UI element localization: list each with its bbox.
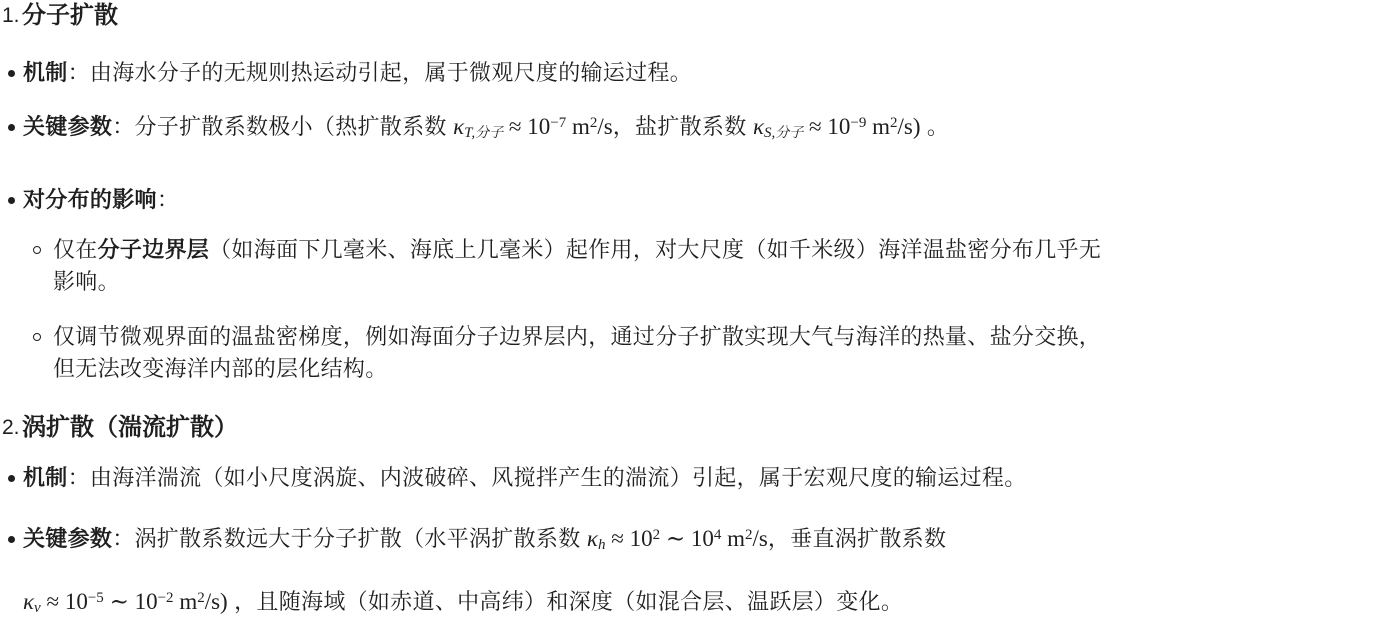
- math-token: m: [866, 114, 890, 139]
- math-token: ∼: [660, 526, 691, 551]
- text-line: 关键参数：分子扩散系数极小（热扩散系数 κT,分子 ≈ 10−7 m2/s，盐扩…: [23, 108, 949, 150]
- text-run: 仅调节微观界面的温盐密梯度，例如海面分子边界层内，通过分子扩散实现大气与海洋的热…: [53, 324, 1101, 349]
- math-token: S,: [764, 125, 775, 141]
- math-token: 10: [135, 589, 158, 614]
- math-token: −9: [850, 115, 866, 131]
- math-token: −2: [158, 590, 174, 606]
- math-token: κ: [453, 114, 464, 139]
- text-run: ：: [157, 187, 179, 212]
- text-run: （如海面下几毫米、海底上几毫米）起作用，对大尺度（如千米级）海洋温盐密分布几乎无: [209, 237, 1101, 262]
- list-item: 对分布的影响：: [8, 184, 1384, 216]
- math-token: κ: [587, 526, 598, 551]
- math-token: m: [174, 589, 198, 614]
- math-token: ): [913, 114, 921, 139]
- bold-run: 分子边界层: [98, 237, 210, 262]
- bullet-icon: [8, 520, 23, 543]
- text-line: 仅在分子边界层（如海面下几毫米、海底上几毫米）起作用，对大尺度（如千米级）海洋温…: [53, 234, 1101, 266]
- math-token: −7: [550, 115, 566, 131]
- text-run: ，垂直涡扩散系数: [768, 526, 946, 551]
- bullet-icon: [8, 108, 23, 131]
- document-content: 1.分子扩散机制：由海水分子的无规则热运动引起，属于微观尺度的输运过程。关键参数…: [0, 0, 1384, 624]
- math-token: ≈: [605, 526, 629, 551]
- text-run: ：由海水分子的无规则热运动引起，属于微观尺度的输运过程。: [68, 60, 692, 85]
- math-token: /s: [597, 114, 612, 139]
- math-token: ∼: [104, 589, 135, 614]
- item-text: 关键参数：分子扩散系数极小（热扩散系数 κT,分子 ≈ 10−7 m2/s，盐扩…: [23, 108, 949, 150]
- item-text: 仅在分子边界层（如海面下几毫米、海底上几毫米）起作用，对大尺度（如千米级）海洋温…: [53, 234, 1101, 298]
- math-token: /s: [897, 114, 912, 139]
- text-line: 关键参数：涡扩散系数远大于分子扩散（水平涡扩散系数 κh ≈ 102 ∼ 104…: [23, 520, 946, 561]
- math-token: 2: [890, 115, 898, 131]
- text-line: 影响。: [53, 266, 1101, 298]
- bullet-icon: [8, 462, 23, 482]
- sub-list-item: 仅在分子边界层（如海面下几毫米、海底上几毫米）起作用，对大尺度（如千米级）海洋温…: [33, 234, 1384, 298]
- math-token: ): [220, 589, 228, 614]
- inline-math: κS,分子 ≈ 10−9 m2/s): [753, 114, 921, 139]
- math-token: 10: [827, 114, 850, 139]
- text-run: 仅在: [53, 237, 98, 262]
- text-run: ，盐扩散系数: [613, 114, 753, 139]
- item-text: 关键参数：涡扩散系数远大于分子扩散（水平涡扩散系数 κh ≈ 102 ∼ 104…: [23, 520, 946, 624]
- math-token: 10: [691, 526, 714, 551]
- math-token: 2: [590, 115, 598, 131]
- text-line: 但无法改变海洋内部的层化结构。: [53, 353, 1101, 385]
- text-run: ，且随海域（如赤道、中高纬）和深度（如混合层、温跃层）变化。: [228, 589, 903, 614]
- math-token: 2: [197, 590, 205, 606]
- section-heading: 2.涡扩散（湍流扩散）: [0, 412, 1384, 444]
- math-token: 2: [745, 527, 753, 543]
- text-run: ：由海洋湍流（如小尺度涡旋、内波破碎、风搅拌产生的湍流）引起，属于宏观尺度的输运…: [68, 465, 1027, 490]
- section-title: 分子扩散: [22, 0, 118, 32]
- math-token: /s: [753, 526, 768, 551]
- item-text: 仅调节微观界面的温盐密梯度，例如海面分子边界层内，通过分子扩散实现大气与海洋的热…: [53, 321, 1101, 385]
- text-line: 对分布的影响：: [23, 184, 179, 216]
- item-number: 2.: [2, 412, 22, 444]
- math-token: m: [721, 526, 745, 551]
- math-token: ≈: [803, 114, 827, 139]
- item-number: 1.: [2, 0, 22, 32]
- math-token: 10: [527, 114, 550, 139]
- math-token: 4: [714, 527, 722, 543]
- sub-list-item: 仅调节微观界面的温盐密梯度，例如海面分子边界层内，通过分子扩散实现大气与海洋的热…: [33, 321, 1384, 385]
- list-item: 关键参数：分子扩散系数极小（热扩散系数 κT,分子 ≈ 10−7 m2/s，盐扩…: [8, 108, 1384, 150]
- math-token: κ: [23, 589, 34, 614]
- inline-math: κT,分子 ≈ 10−7 m2/s: [453, 114, 613, 139]
- math-token: 10: [630, 526, 653, 551]
- bold-run: 关键参数: [23, 114, 112, 139]
- circle-icon: [33, 321, 53, 341]
- text-line: 机制：由海水分子的无规则热运动引起，属于微观尺度的输运过程。: [23, 57, 692, 89]
- section-title: 涡扩散（湍流扩散）: [22, 412, 238, 444]
- item-text: 机制：由海洋湍流（如小尺度涡旋、内波破碎、风搅拌产生的湍流）引起，属于宏观尺度的…: [23, 462, 1027, 494]
- math-token: 10: [65, 589, 88, 614]
- text-run: ：涡扩散系数远大于分子扩散（水平涡扩散系数: [112, 526, 587, 551]
- math-token: T,: [464, 125, 475, 141]
- list-item: 机制：由海洋湍流（如小尺度涡旋、内波破碎、风搅拌产生的湍流）引起，属于宏观尺度的…: [8, 462, 1384, 494]
- item-text: 对分布的影响：: [23, 184, 179, 216]
- inline-math: κv ≈ 10−5 ∼ 10−2 m2/s): [23, 589, 228, 614]
- math-token: v: [34, 600, 41, 616]
- text-line: κv ≈ 10−5 ∼ 10−2 m2/s) ，且随海域（如赤道、中高纬）和深度…: [23, 583, 946, 624]
- math-token: 分子: [475, 126, 503, 141]
- circle-icon: [33, 234, 53, 254]
- bullet-icon: [8, 57, 23, 77]
- text-run: 影响。: [53, 269, 120, 294]
- math-token: ≈: [503, 114, 527, 139]
- bold-run: 对分布的影响: [23, 187, 157, 212]
- math-token: h: [598, 537, 606, 553]
- text-run: ：分子扩散系数极小（热扩散系数: [112, 114, 453, 139]
- text-line: 仅调节微观界面的温盐密梯度，例如海面分子边界层内，通过分子扩散实现大气与海洋的热…: [53, 321, 1101, 353]
- math-token: 2: [653, 527, 661, 543]
- text-run: 但无法改变海洋内部的层化结构。: [53, 356, 388, 381]
- list-item: 机制：由海水分子的无规则热运动引起，属于微观尺度的输运过程。: [8, 57, 1384, 89]
- section-heading: 1.分子扩散: [0, 0, 1384, 32]
- bold-run: 关键参数: [23, 526, 112, 551]
- inline-math: κh ≈ 102 ∼ 104 m2/s: [587, 526, 768, 551]
- math-token: −5: [88, 590, 104, 606]
- math-token: m: [566, 114, 590, 139]
- item-text: 机制：由海水分子的无规则热运动引起，属于微观尺度的输运过程。: [23, 57, 692, 89]
- math-token: /s: [205, 589, 220, 614]
- text-run: 。: [921, 114, 950, 139]
- list-item: 关键参数：涡扩散系数远大于分子扩散（水平涡扩散系数 κh ≈ 102 ∼ 104…: [8, 520, 1384, 624]
- math-token: 分子: [775, 126, 803, 141]
- math-token: κ: [753, 114, 764, 139]
- math-token: ≈: [41, 589, 65, 614]
- bold-run: 机制: [23, 465, 68, 490]
- bullet-icon: [8, 184, 23, 204]
- text-line: 机制：由海洋湍流（如小尺度涡旋、内波破碎、风搅拌产生的湍流）引起，属于宏观尺度的…: [23, 462, 1027, 494]
- bold-run: 机制: [23, 60, 68, 85]
